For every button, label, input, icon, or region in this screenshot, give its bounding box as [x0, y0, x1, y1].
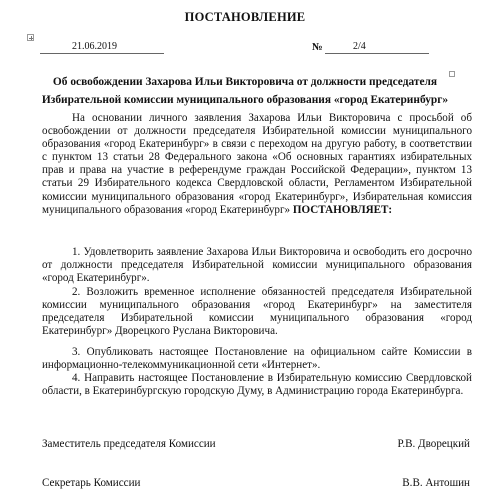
number-label: №	[312, 42, 323, 53]
resolution-item-2: 2. Возложить временное исполнение обязан…	[42, 286, 472, 338]
number-field: 2/4	[325, 44, 429, 54]
document-title: ПОСТАНОВЛЕНИЕ	[0, 10, 490, 25]
document-page: ПОСТАНОВЛЕНИЕ 21.06.2019 № 2/4 Об освобо…	[0, 0, 490, 489]
signature-name: В.В. Антошин	[402, 477, 470, 489]
intro-text: На основании личного заявления Захарова …	[42, 112, 472, 216]
document-subject: Об освобождении Захарова Ильи Викторович…	[0, 73, 490, 109]
resolution-item-3: 3. Опубликовать настоящее Постановление …	[42, 346, 472, 372]
document-date: 21.06.2019	[72, 41, 117, 52]
resolves-keyword: ПОСТАНОВЛЯЕТ:	[293, 204, 392, 216]
date-field: 21.06.2019	[40, 44, 164, 54]
signature-role: Секретарь Комиссии	[42, 477, 140, 489]
signature-name: Р.В. Дворецкий	[398, 438, 470, 451]
subject-line-1: Об освобождении Захарова Ильи Викторович…	[0, 73, 490, 91]
resolution-item-1: 1. Удовлетворить заявление Захарова Ильи…	[42, 246, 472, 285]
resolution-item-4: 4. Направить настоящее Постановление в И…	[42, 372, 472, 398]
signature-role: Заместитель председателя Комиссии	[42, 438, 216, 451]
table-move-handle-icon[interactable]	[27, 34, 34, 41]
intro-paragraph: На основании личного заявления Захарова …	[42, 112, 472, 217]
subject-line-2: Избирательной комиссии муниципального об…	[0, 91, 490, 109]
document-number: 2/4	[353, 41, 366, 52]
